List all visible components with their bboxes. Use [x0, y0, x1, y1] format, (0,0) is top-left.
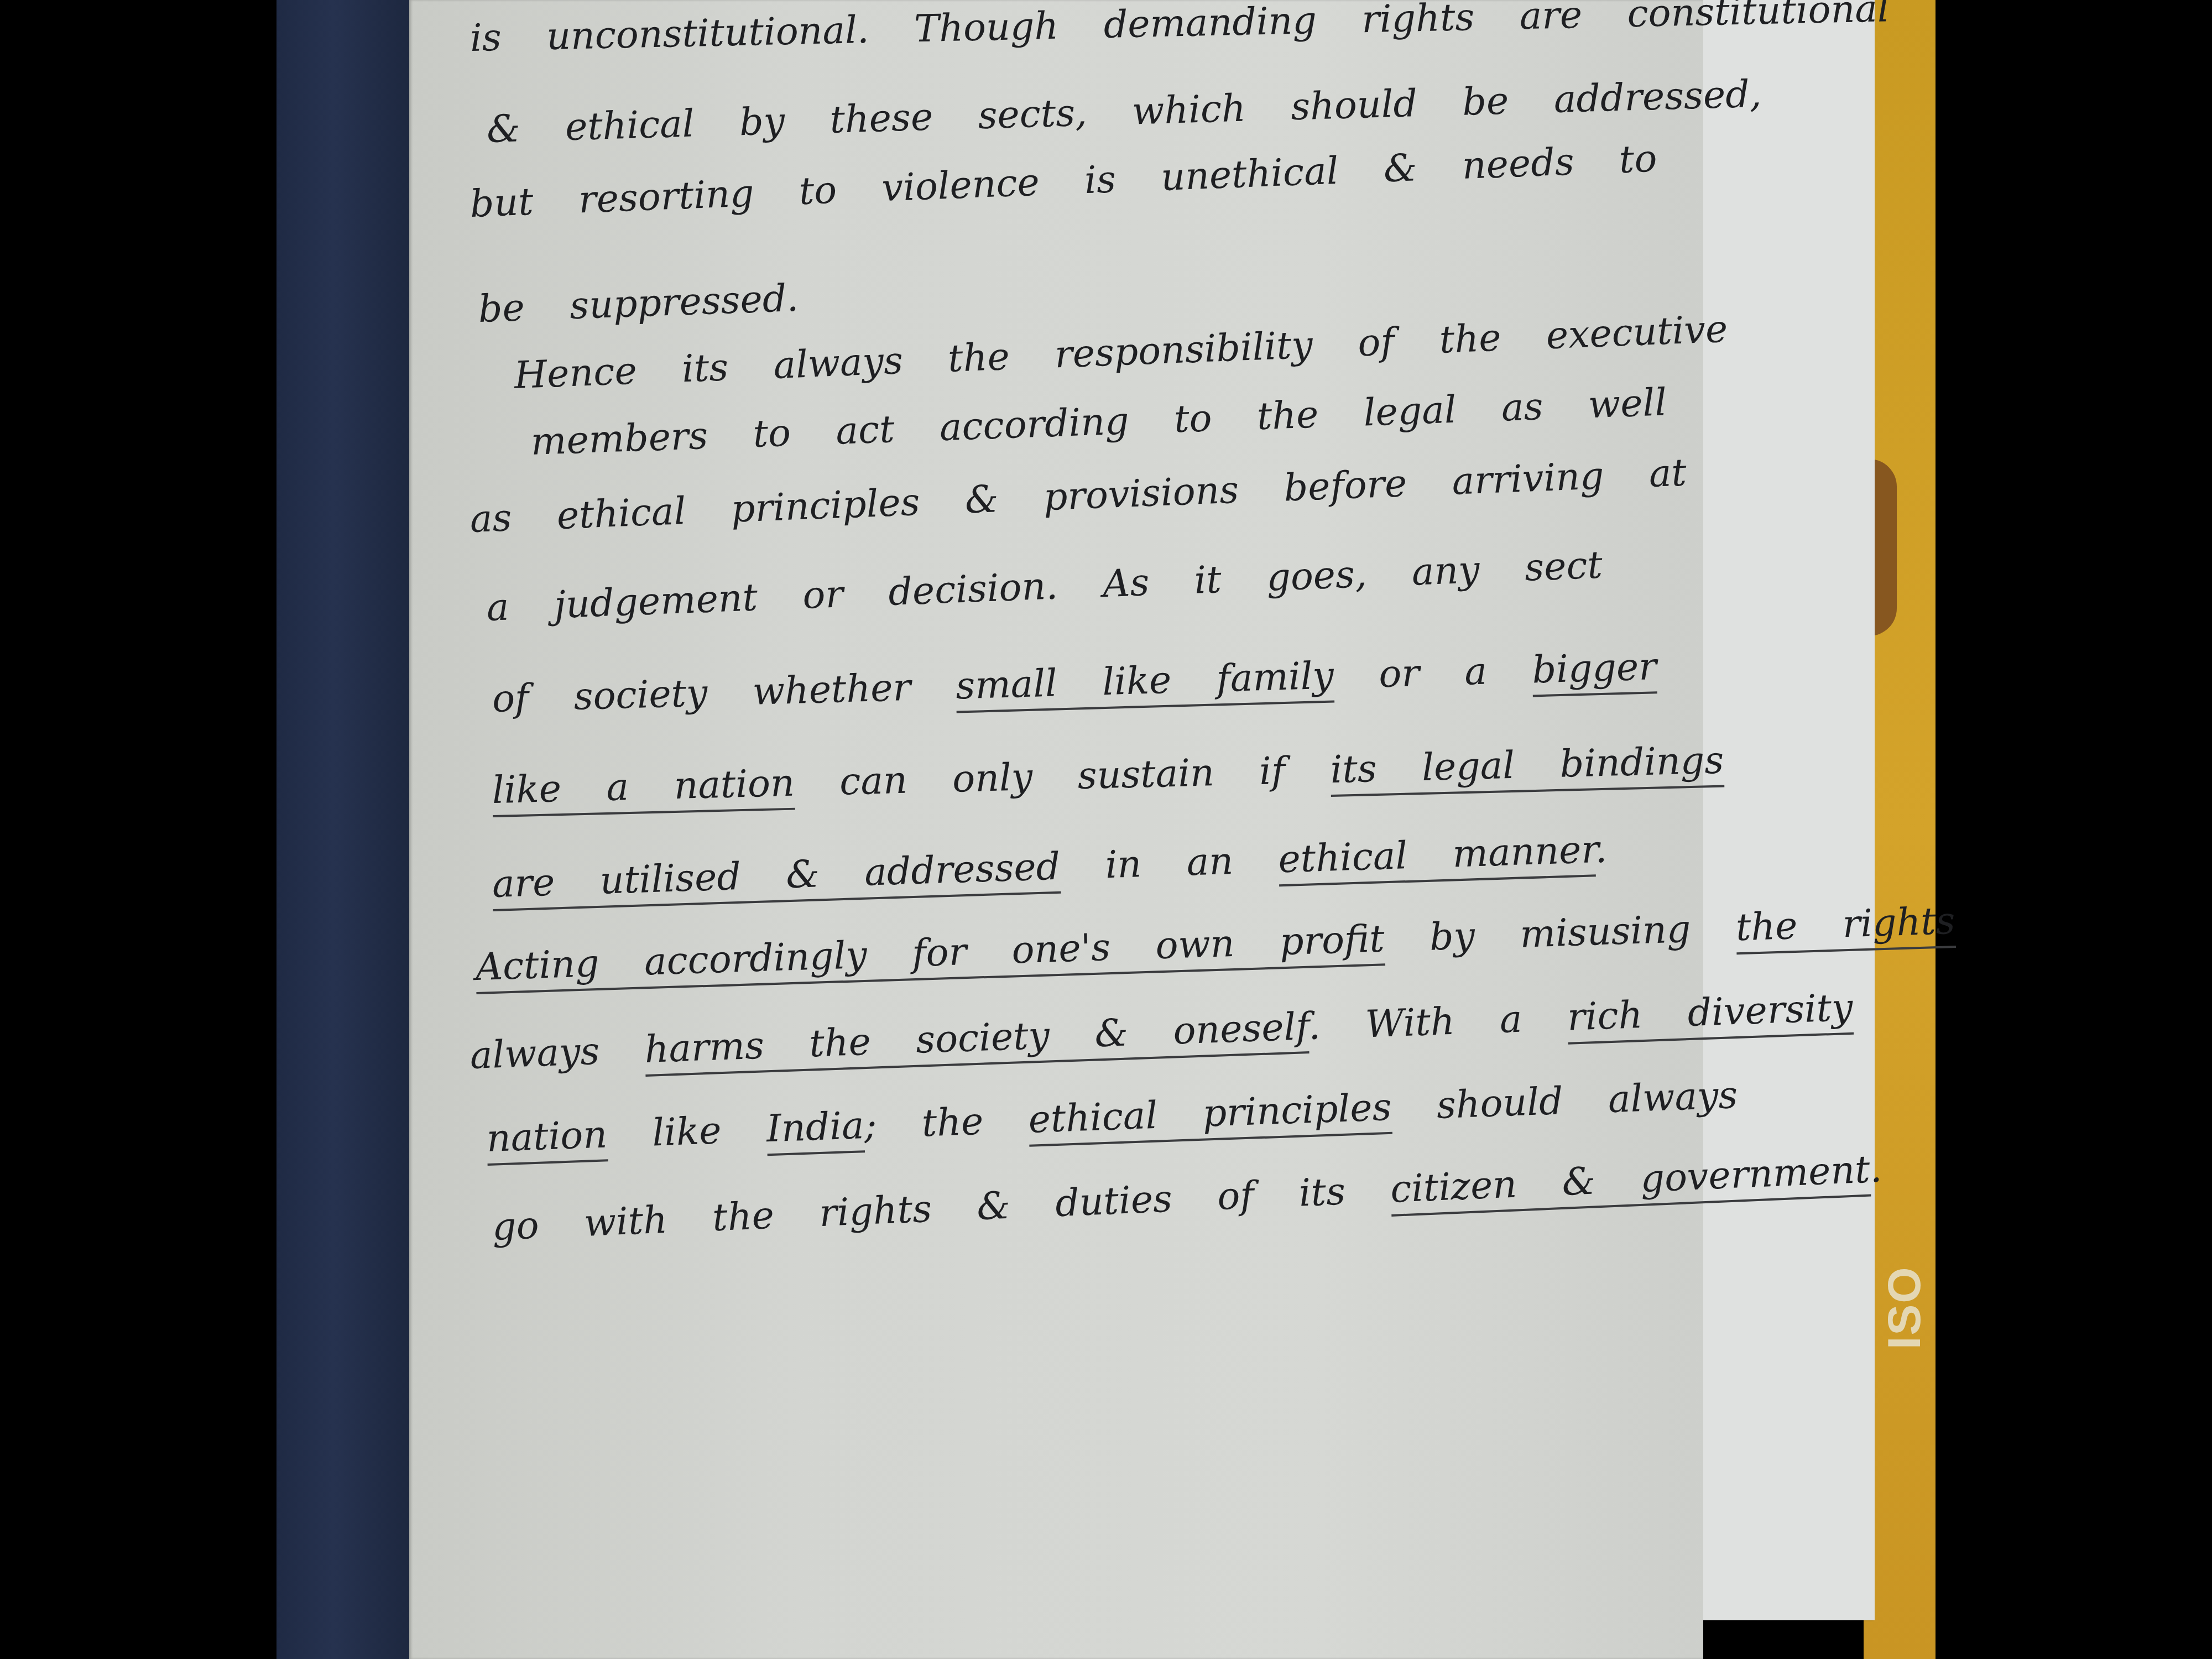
underlined-phrase: nation — [486, 1113, 608, 1161]
handwritten-page: is unconstitutional. Though demanding ri… — [409, 0, 1703, 1659]
handwritten-line: but resorting to violence is unethical &… — [469, 137, 1657, 226]
handwritten-line: as ethical principles & provisions befor… — [469, 451, 1687, 541]
text-segment: like — [607, 1107, 768, 1156]
underlined-phrase: ethical principles — [1027, 1086, 1392, 1142]
text-segment: is unconstitutional. Though demanding ri… — [469, 0, 1890, 60]
handwritten-line: members to act according to the legal as… — [530, 380, 1668, 464]
text-segment: members to act according to the legal as… — [530, 380, 1668, 464]
handwritten-line: be suppressed. — [478, 276, 799, 331]
handwritten-line: is unconstitutional. Though demanding ri… — [469, 0, 1890, 60]
underlined-phrase: India — [766, 1104, 865, 1151]
text-segment: but resorting to violence is unethical &… — [469, 137, 1657, 226]
text-segment: ; the — [863, 1098, 1029, 1147]
handwritten-line: & ethical by these sects, which should b… — [486, 72, 1762, 152]
text-segment: go with the rights & duties of its — [491, 1168, 1391, 1249]
underlined-phrase: the rights — [1735, 899, 1956, 950]
text-segment: . With a — [1308, 996, 1568, 1048]
text-segment: a judgement or decision. As it goes, any… — [486, 544, 1603, 630]
handwritten-line: nation like India; the ethical principle… — [486, 1073, 1739, 1161]
navy-cloth-background — [276, 0, 420, 1659]
text-segment: always — [469, 1028, 646, 1078]
text-segment: can only sustain if — [794, 748, 1331, 805]
text-segment: as ethical principles & provisions befor… — [469, 451, 1687, 541]
underlined-phrase: are utilised & addressed — [492, 845, 1061, 906]
underlying-paper-sheet — [1698, 0, 1875, 1620]
underlined-phrase: Acting accordingly for one's own profit — [475, 917, 1385, 989]
underlined-phrase: harms the society & oneself — [644, 1005, 1309, 1072]
text-segment: of society whether — [492, 665, 957, 721]
underlined-phrase: ethical manner — [1277, 828, 1595, 881]
text-segment: should always — [1391, 1073, 1739, 1129]
text-segment: in an — [1060, 838, 1279, 888]
handwritten-line: go with the rights & duties of its citiz… — [491, 1147, 1882, 1249]
text-segment: by misusing — [1384, 906, 1736, 961]
underlined-phrase: like a nation — [492, 761, 795, 812]
text-segment: . — [1869, 1147, 1883, 1192]
yellow-surface-print: ISO — [1877, 1206, 1900, 1349]
underlined-phrase: small like family — [955, 654, 1334, 708]
handwritten-line: a judgement or decision. As it goes, any… — [486, 544, 1603, 630]
text-segment: or a — [1333, 648, 1533, 697]
handwritten-line: like a nation can only sustain if its le… — [492, 739, 1724, 812]
handwritten-line: are utilised & addressed in an ethical m… — [492, 828, 1608, 906]
handwritten-line: always harms the society & oneself. With… — [469, 986, 1854, 1078]
handwritten-line: of society whether small like family or … — [492, 645, 1657, 721]
text-segment: & ethical by these sects, which should b… — [486, 72, 1762, 152]
text-segment: . — [1594, 828, 1608, 872]
text-segment: be suppressed. — [478, 276, 799, 331]
underlined-phrase: bigger — [1531, 645, 1657, 692]
underlined-phrase: its legal bindings — [1330, 739, 1724, 792]
photo-scene: ISO is unconstitutional. Though demandin… — [0, 0, 2212, 1659]
